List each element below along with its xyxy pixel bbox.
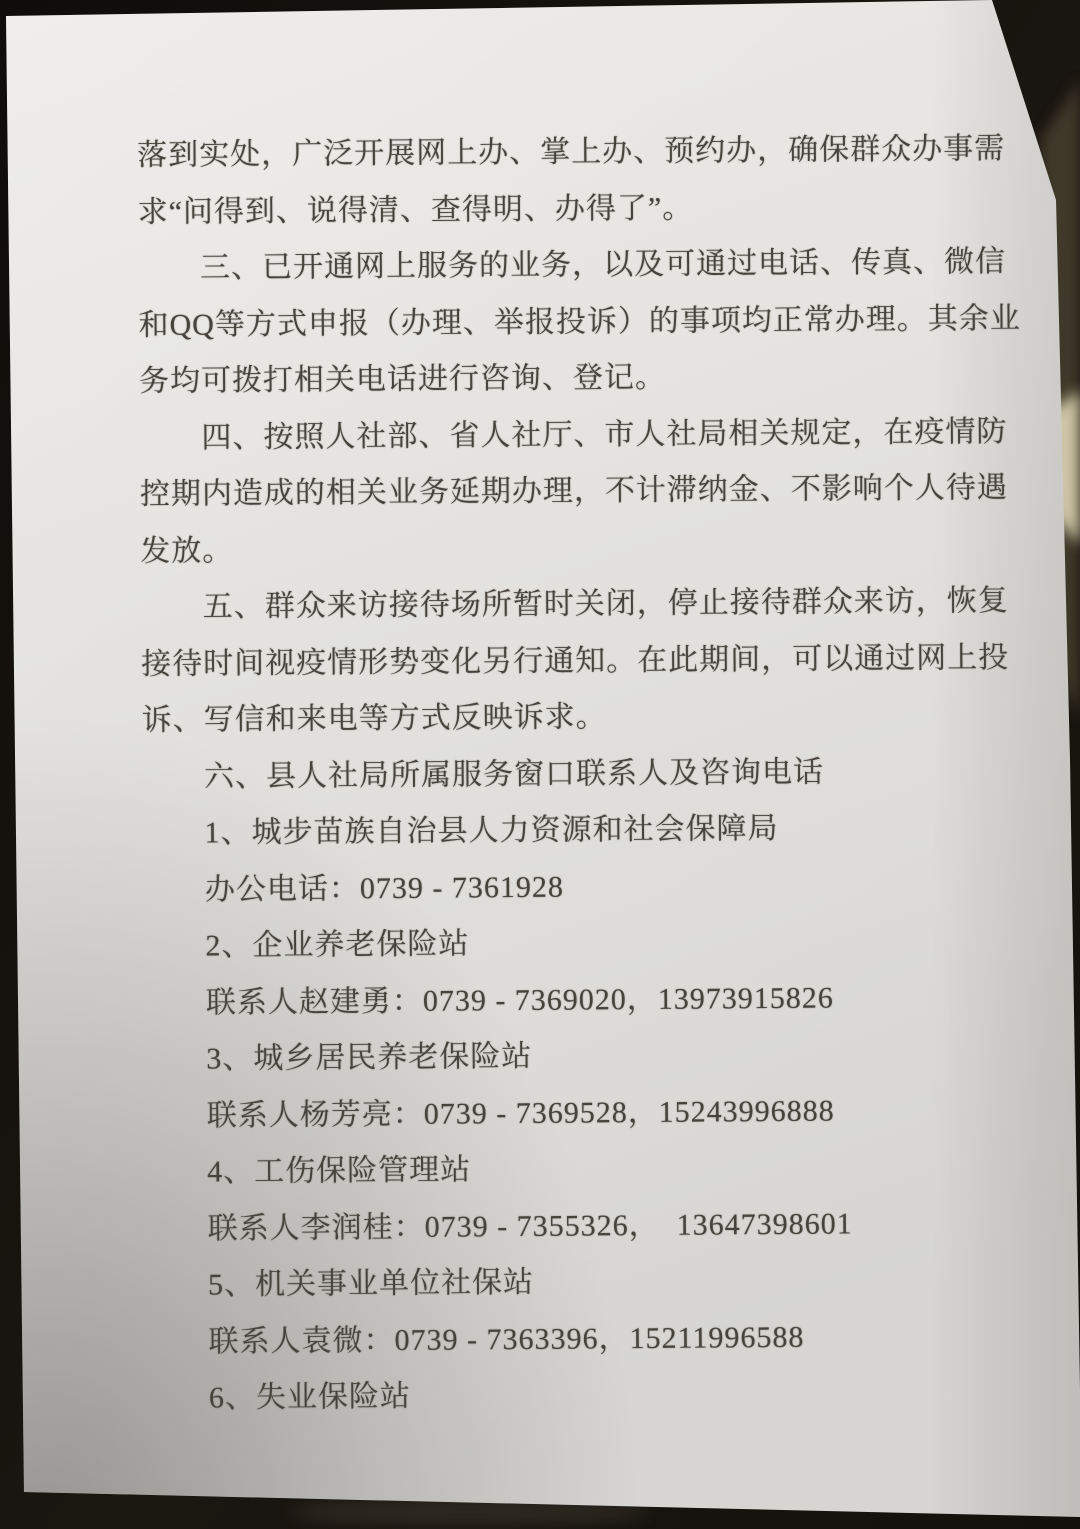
document-line: 1、城步苗族自治县人力资源和社会保障局 <box>142 799 1047 863</box>
document-line: 五、群众来访接待场所暂时关闭，停止接待群众来访，恢复 <box>141 573 1046 637</box>
document-line: 发放。 <box>140 516 1045 580</box>
document-line: 5、机关事业单位社保站 <box>146 1251 1051 1315</box>
document-line: 落到实处，广泛开展网上办、掌上办、预约办，确保群众办事需 <box>137 121 1042 185</box>
document-line: 联系人杨芳亮：0739 - 7369528，15243996888 <box>145 1081 1050 1145</box>
photo-of-document: 落到实处，广泛开展网上办、掌上办、预约办，确保群众办事需 求“问得到、说得清、查… <box>0 0 1080 1529</box>
document-line: 接待时间视疫情形势变化另行通知。在此期间，可以通过网上投 <box>141 629 1046 693</box>
document-line: 6、失业保险站 <box>147 1364 1052 1428</box>
document-line: 四、按照人社部、省人社厅、市人社局相关规定，在疫情防 <box>139 403 1044 467</box>
document-line: 3、城乡居民养老保险站 <box>144 1025 1049 1089</box>
document-line: 联系人赵建勇：0739 - 7369020，13973915826 <box>144 968 1049 1032</box>
document-line: 求“问得到、说得清、查得明、办得了”。 <box>137 177 1042 241</box>
document-line: 控期内造成的相关业务延期办理，不计滞纳金、不影响个人待遇 <box>140 460 1045 524</box>
document-line: 三、已开通网上服务的业务，以及可通过电话、传真、微信 <box>138 234 1043 298</box>
document-line: 联系人袁微：0739 - 7363396，15211996588 <box>146 1307 1051 1371</box>
document-line: 2、企业养老保险站 <box>143 912 1048 976</box>
document-line: 和QQ等方式申报（办理、举报投诉）的事项均正常办理。其余业 <box>138 290 1043 354</box>
document-line: 办公电话：0739 - 7361928 <box>143 855 1048 919</box>
document-line: 务均可拨打相关电话进行咨询、登记。 <box>139 347 1044 411</box>
document-line: 六、县人社局所属服务窗口联系人及咨询电话 <box>142 742 1047 806</box>
document-line: 4、工伤保险管理站 <box>145 1138 1050 1202</box>
document-text: 落到实处，广泛开展网上办、掌上办、预约办，确保群众办事需 求“问得到、说得清、查… <box>137 121 1052 1428</box>
document-line: 联系人李润桂：0739 - 7355326， 13647398601 <box>145 1194 1050 1258</box>
document-line: 诉、写信和来电等方式反映诉求。 <box>141 686 1046 750</box>
